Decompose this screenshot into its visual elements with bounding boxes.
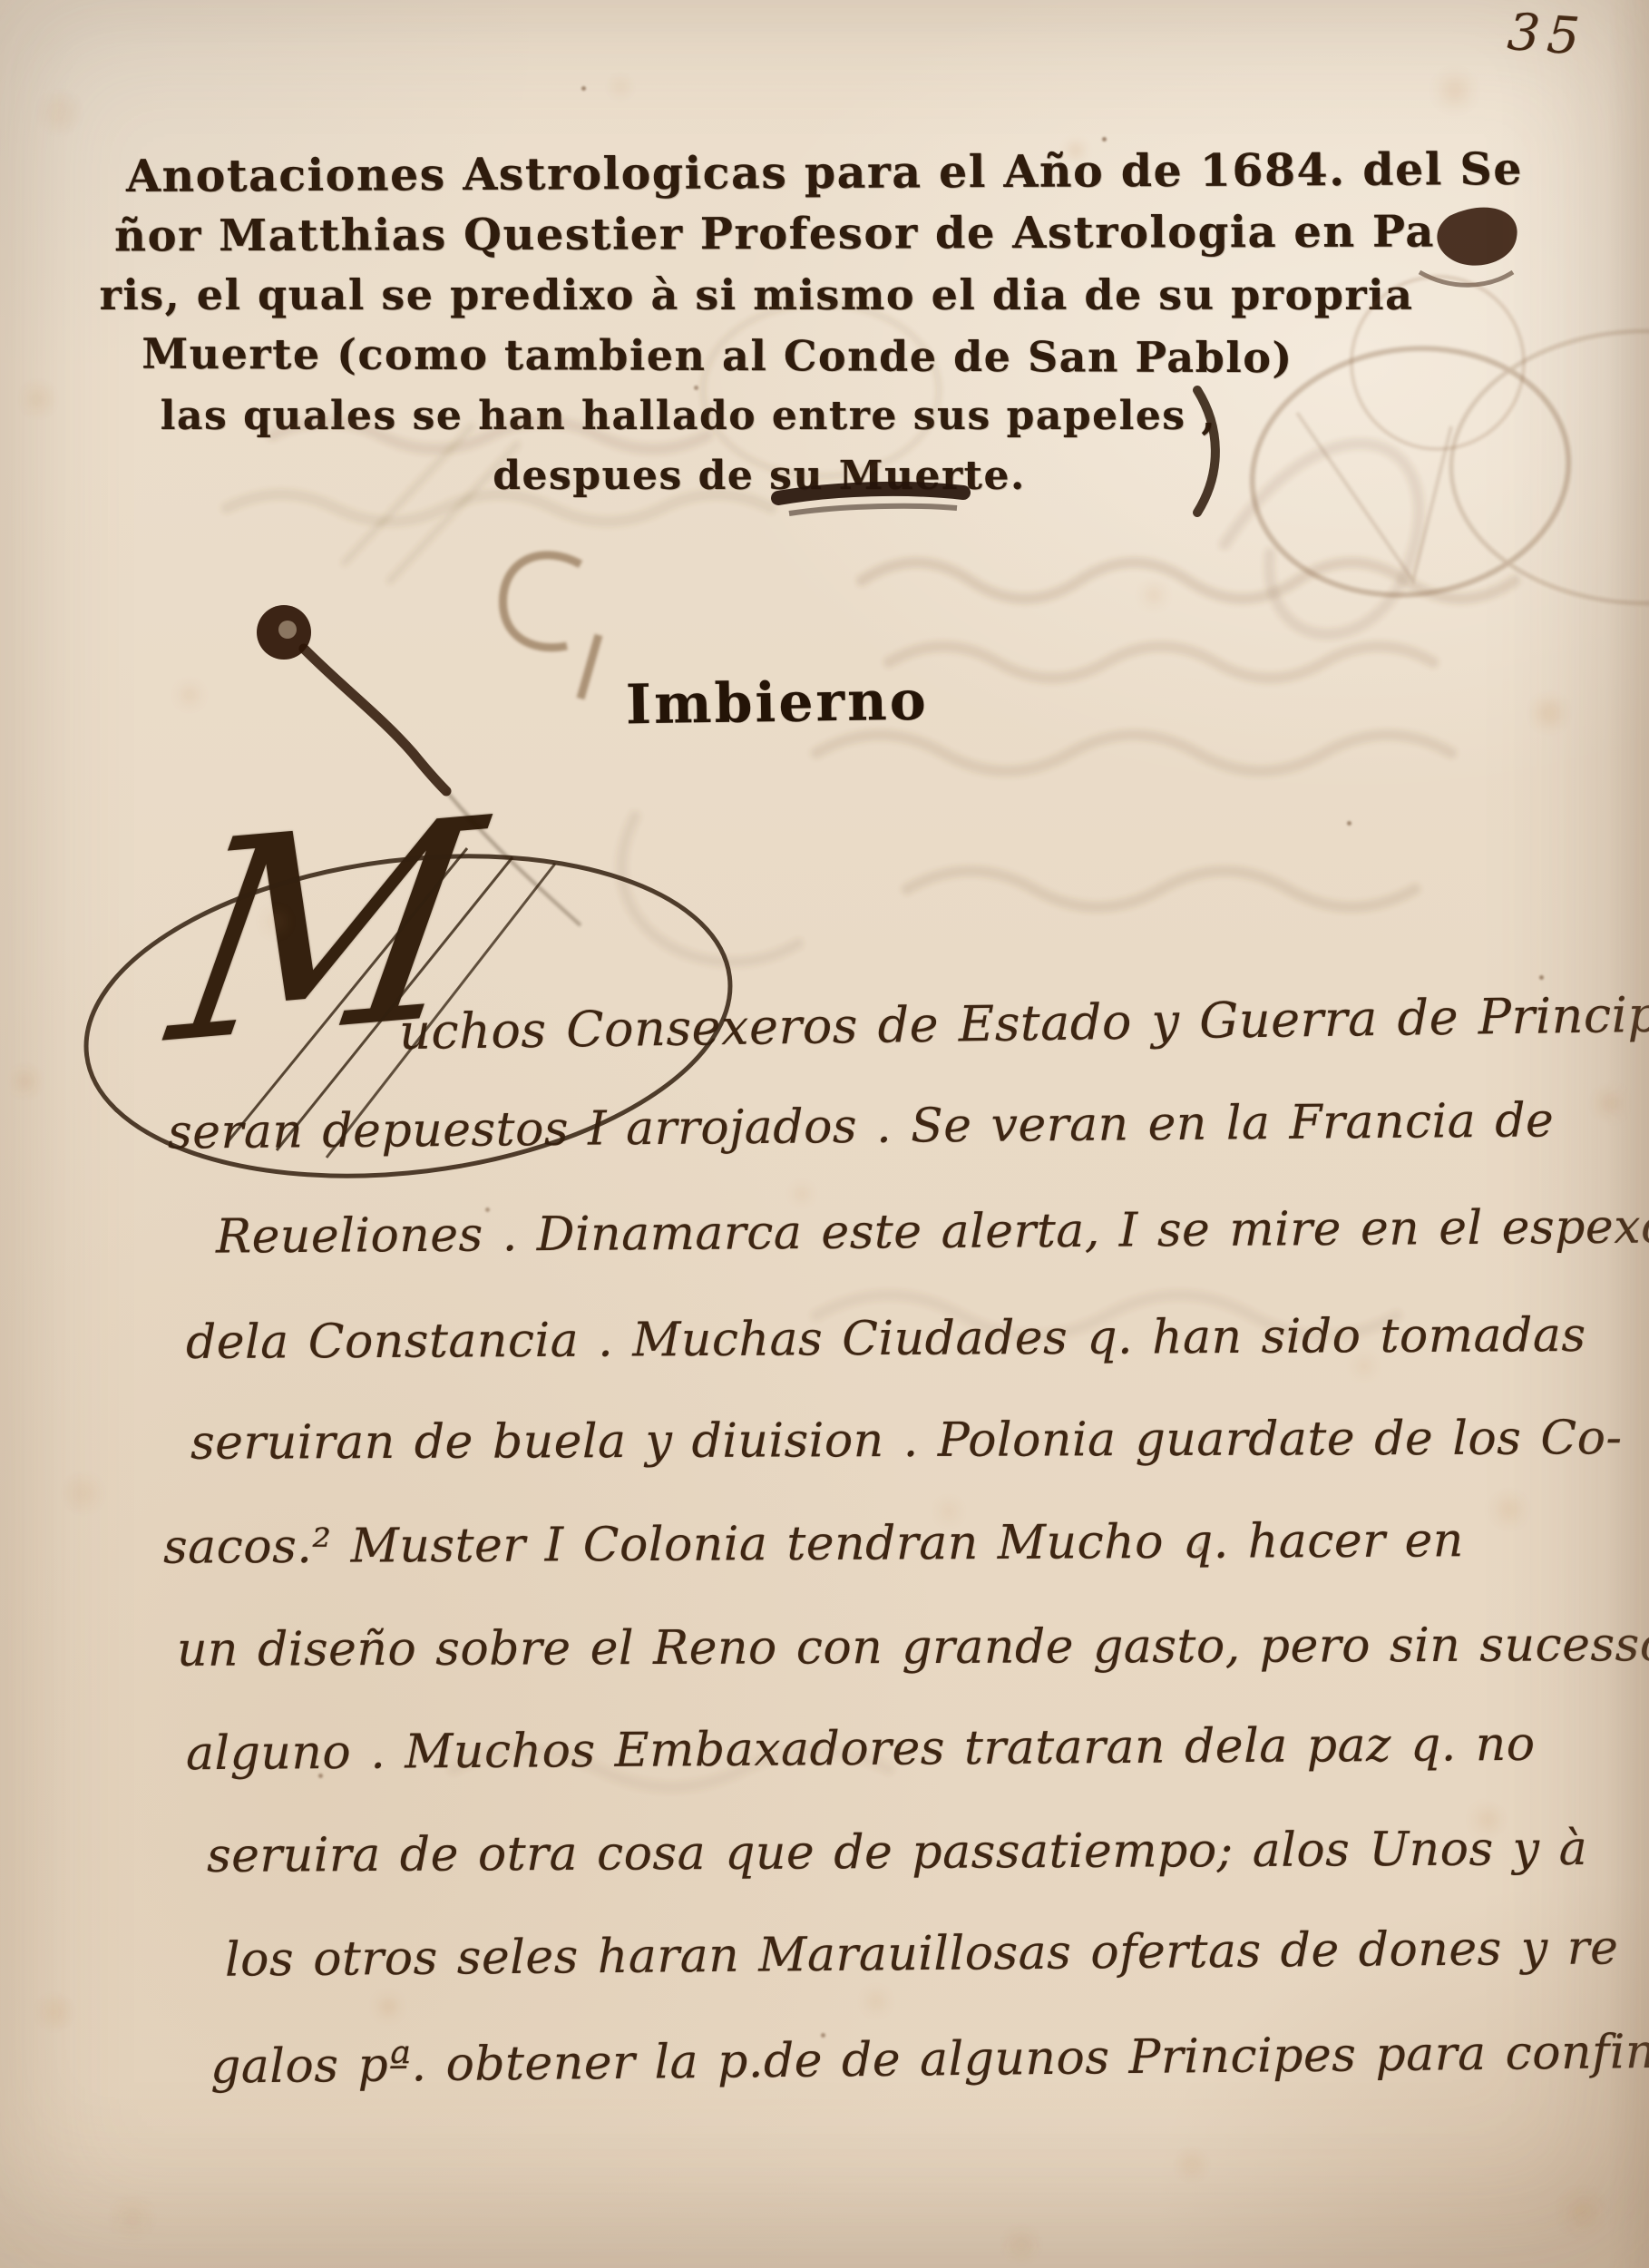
body-line-1: uchos Consexeros de Estado y Guerra de P… xyxy=(399,985,1649,1061)
folio-number: 35 xyxy=(1506,3,1589,67)
body-line-7: un diseño sobre el Reno con grande gasto… xyxy=(177,1618,1649,1677)
ink-specks xyxy=(0,0,3,3)
title-block: Anotaciones Astrologicas para el Año de … xyxy=(107,142,1542,506)
title-line-6: despues de su Muerte. xyxy=(42,446,1477,506)
body-line-2: seran depuestos I arrojados . Se veran e… xyxy=(168,1093,1555,1159)
title-line-4: Muerte (como tambien al Conde de San Pab… xyxy=(0,323,1435,389)
body-line-6: sacos.² Muster I Colonia tendran Mucho q… xyxy=(163,1513,1464,1575)
title-line-1: Anotaciones Astrologicas para el Año de … xyxy=(107,138,1542,207)
body-line-9: seruira de otra cosa que de passatiempo;… xyxy=(207,1822,1587,1883)
faded-curl-flourish xyxy=(503,555,599,699)
body-line-10: los otros seles haran Marauillosas ofert… xyxy=(225,1921,1619,1987)
title-line-5: las quales se han hallado entre sus pape… xyxy=(0,386,1406,446)
section-heading-imbierno: Imbierno xyxy=(626,670,930,738)
title-line-3: ris, el qual se predixo à si mismo el di… xyxy=(39,265,1474,326)
manuscript-page: 35 Anotaciones Astrologicas para el Año … xyxy=(0,0,1649,2268)
foxing-spots xyxy=(0,0,7,7)
body-line-5: seruiran de buela y diuision . Polonia g… xyxy=(190,1411,1623,1471)
body-line-4: dela Constancia . Muchas Ciudades q. han… xyxy=(186,1308,1586,1370)
body-line-11: galos pª. obtener la p.de de algunos Pri… xyxy=(210,2024,1649,2094)
title-line-2: ñor Matthias Questier Profesor de Astrol… xyxy=(57,200,1492,268)
body-line-3: Reueliones . Dinamarca este alerta, I se… xyxy=(216,1199,1649,1264)
body-line-8: alguno . Muchos Embaxadores trataran del… xyxy=(186,1717,1536,1781)
